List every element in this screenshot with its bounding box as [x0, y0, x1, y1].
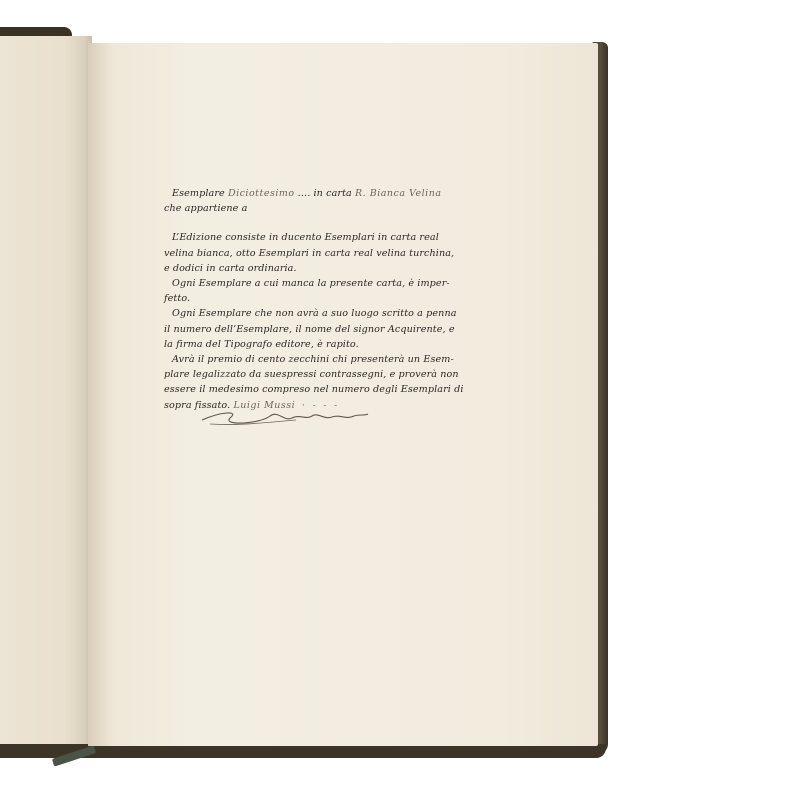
paragraph-line: Ogni Esemplare a cui manca la presente c…: [172, 276, 472, 291]
paragraph-line: Ogni Esemplare che non avrà a suo luogo …: [172, 306, 472, 321]
owner-line: che appartiene a: [164, 201, 472, 216]
paragraph-line: e dodici in carta ordinaria.: [164, 261, 472, 276]
paragraph-line: plare legalizzato da suespressi contrass…: [164, 367, 472, 382]
paragraph-line: velina bianca, otto Esemplari in carta r…: [164, 246, 472, 261]
handwritten-copy-number: Diciottesimo: [228, 188, 295, 199]
paragraph-line: Avrà il premio di cento zecchini chi pre…: [172, 352, 472, 367]
copy-number-line: Esemplare Diciottesimo .... in carta R. …: [172, 186, 472, 201]
paragraph-line: il numero dell’Esemplare, il nome del si…: [164, 322, 472, 337]
handwritten-paper-type: R. Bianca Velina: [355, 188, 441, 199]
limitation-notice: Esemplare Diciottesimo .... in carta R. …: [172, 186, 472, 413]
left-page: [0, 36, 92, 748]
paragraph-line: L’Edizione consiste in ducento Esemplari…: [172, 230, 472, 245]
paragraph-line: fetto.: [164, 291, 472, 306]
esemplare-label: Esemplare: [172, 188, 225, 199]
signature-flourish-icon: [200, 402, 370, 432]
paragraph-line: la firma del Tipografo editore, è rapito…: [164, 337, 472, 352]
in-carta-label: in carta: [314, 188, 352, 199]
book-photo: Esemplare Diciottesimo .... in carta R. …: [0, 0, 800, 800]
ellipsis: ....: [298, 188, 311, 199]
paragraph-line: essere il medesimo compreso nel numero d…: [164, 382, 472, 397]
